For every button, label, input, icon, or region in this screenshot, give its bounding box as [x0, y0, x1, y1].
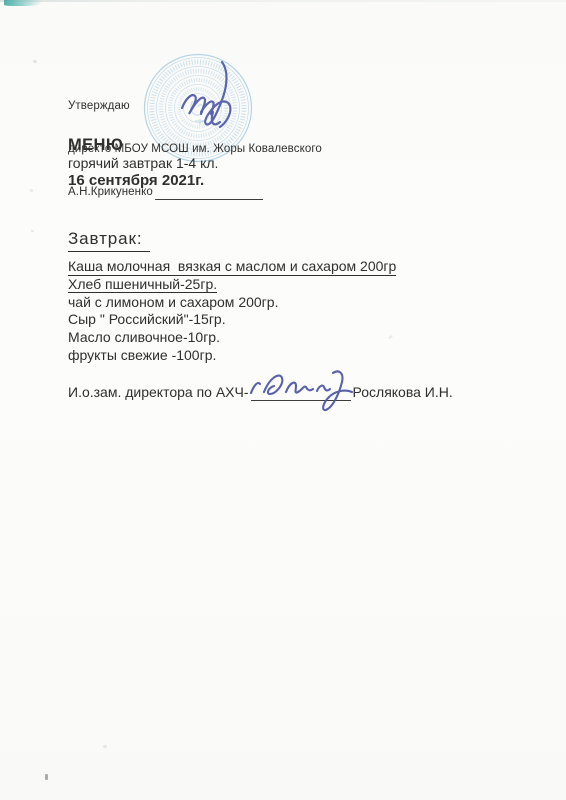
menu-heading: МЕНЮ	[68, 136, 218, 155]
menu-item: Хлеб пшеничный-25гр.	[68, 276, 396, 294]
director-signature-ink-icon	[178, 56, 243, 136]
scan-corner-mark	[4, 0, 44, 6]
deputy-signature-ink-icon	[245, 361, 357, 413]
footer-label: И.о.зам. директора по АХЧ-	[68, 384, 249, 401]
menu-title-block: МЕНЮ горячий завтрак 1-4 кл. 16 сентября…	[68, 136, 218, 190]
menu-item: Каша молочная вязкая с маслом и сахаром …	[68, 258, 396, 276]
scan-edge-artifact	[0, 0, 566, 2]
scan-speck	[33, 59, 38, 63]
menu-item: чай с лимоном и сахаром 200гр.	[68, 294, 396, 312]
scan-speck	[30, 189, 33, 192]
scanned-document-page: Утверждаю директо МБОУ МСОШ им. Жоры Ков…	[0, 0, 566, 800]
footer-name: Рослякова И.Н.	[353, 384, 453, 401]
section-heading: Завтрак:	[68, 229, 150, 252]
scan-speck	[45, 774, 48, 780]
menu-item: Сыр " Российский"-15гр.	[68, 311, 396, 329]
footer-signature-row: И.о.зам. директора по АХЧ- Рослякова И.Н…	[68, 384, 453, 401]
scan-speck	[103, 745, 107, 748]
menu-date: 16 сентября 2021г.	[68, 172, 218, 190]
footer-signature-line	[251, 384, 351, 401]
menu-item: Масло сливочное-10гр.	[68, 329, 396, 347]
menu-item-list: Каша молочная вязкая с маслом и сахаром …	[68, 258, 396, 365]
menu-subtitle: горячий завтрак 1-4 кл.	[68, 155, 218, 172]
scan-speck	[31, 230, 34, 232]
